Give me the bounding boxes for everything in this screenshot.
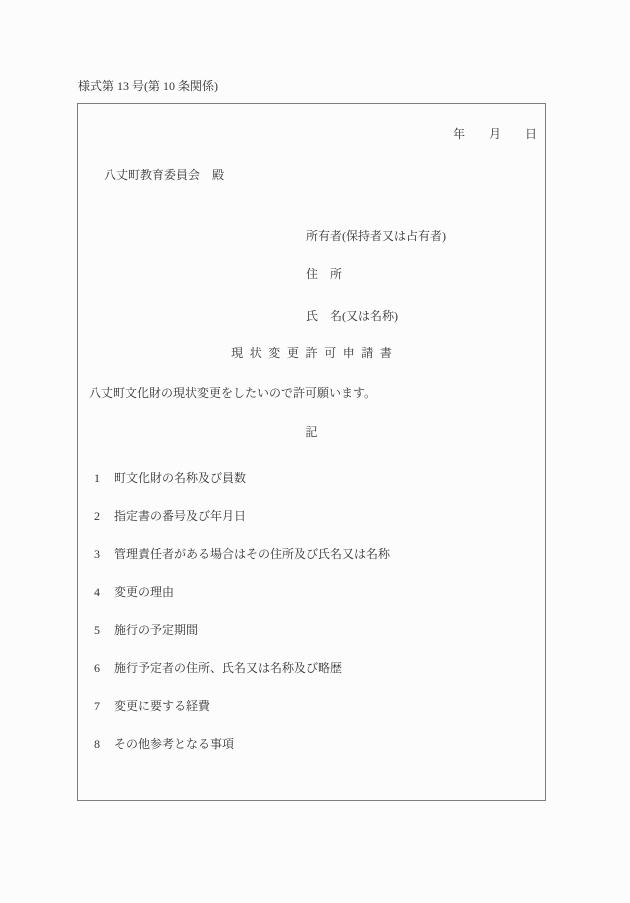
list-item: 5施行の予定期間 [94, 623, 537, 637]
application-statement: 八丈町文化財の現状変更をしたいので許可願います。 [89, 386, 376, 400]
item-text: 施行予定者の住所、氏名又は名称及び略歴 [114, 661, 342, 675]
address-label: 住 所 [306, 267, 342, 281]
item-number: 4 [94, 585, 114, 599]
list-item: 7変更に要する経費 [94, 699, 537, 713]
record-heading: 記 [78, 425, 545, 439]
item-number: 2 [94, 509, 114, 523]
date-line: 年 月 日 [453, 127, 537, 141]
item-number: 7 [94, 699, 114, 713]
document-title: 現状変更許可申請書 [78, 346, 545, 360]
item-text: 変更の理由 [114, 585, 174, 599]
list-item: 1町文化財の名称及び員数 [94, 471, 537, 485]
item-text: その他参考となる事項 [114, 737, 234, 751]
item-text: 管理責任者がある場合はその住所及び氏名又は名称 [114, 547, 390, 561]
item-number: 6 [94, 661, 114, 675]
list-item: 2指定書の番号及び年月日 [94, 509, 537, 523]
document-frame: 年 月 日 八丈町教育委員会 殿 所有者(保持者又は占有者) 住 所 氏 名(又… [77, 103, 546, 801]
item-list: 1町文化財の名称及び員数 2指定書の番号及び年月日 3管理責任者がある場合はその… [94, 471, 537, 751]
item-text: 町文化財の名称及び員数 [114, 471, 246, 485]
item-number: 1 [94, 471, 114, 485]
name-label: 氏 名(又は名称) [306, 309, 398, 323]
owner-label: 所有者(保持者又は占有者) [306, 229, 446, 243]
list-item: 8その他参考となる事項 [94, 737, 537, 751]
item-text: 施行の予定期間 [114, 623, 198, 637]
addressee-line: 八丈町教育委員会 殿 [104, 168, 224, 182]
item-number: 5 [94, 623, 114, 637]
list-item: 3管理責任者がある場合はその住所及び氏名又は名称 [94, 547, 537, 561]
form-number-label: 様式第 13 号(第 10 条関係) [78, 79, 218, 93]
item-number: 8 [94, 737, 114, 751]
list-item: 4変更の理由 [94, 585, 537, 599]
item-text: 変更に要する経費 [114, 699, 210, 713]
document-page: 様式第 13 号(第 10 条関係) 年 月 日 八丈町教育委員会 殿 所有者(… [0, 0, 630, 903]
list-item: 6施行予定者の住所、氏名又は名称及び略歴 [94, 661, 537, 675]
item-text: 指定書の番号及び年月日 [114, 509, 246, 523]
item-number: 3 [94, 547, 114, 561]
